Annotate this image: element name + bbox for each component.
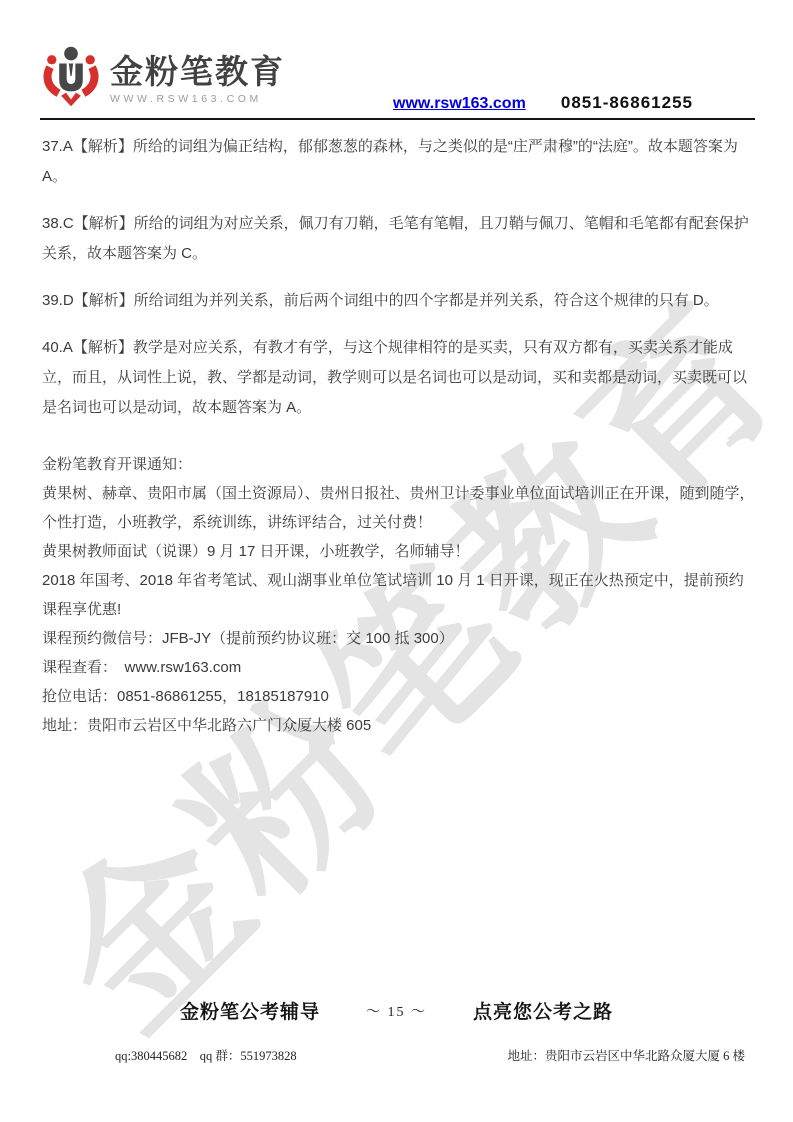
footer-address: 地址：贵阳市云岩区中华北路众厦大厦 6 楼 [507, 1046, 745, 1064]
footer-slogan: 点亮您公考之路 [473, 997, 613, 1024]
footer-title-row: 金粉笔公考辅导 ～ 15 ～ 点亮您公考之路 [0, 997, 793, 1024]
footer-contact-row: qq:380445682 qq 群：551973828 地址：贵阳市云岩区中华北… [115, 1046, 745, 1064]
explanation-40: 40.A【解析】教学是对应关系，有教才有学，与这个规律相符的是买卖，只有双方都有… [42, 333, 755, 423]
explanation-38: 38.C【解析】所给的词组为对应关系，佩刀有刀鞘，毛笔有笔帽，且刀鞘与佩刀、笔帽… [42, 209, 755, 269]
notice-line-address: 地址：贵阳市云岩区中华北路六广门众厦大楼 605 [42, 711, 755, 740]
document-page: 金粉笔教育 金粉笔教育 WWW.RSW163.COM www.rsw16 [0, 0, 793, 1122]
explanation-39: 39.D【解析】所给词组为并列关系，前后两个词组中的四个字都是并列关系，符合这个… [42, 286, 755, 316]
notice-line-teacher-interview: 黄果树教师面试（说课）9 月 17 日开课，小班教学，名师辅导！ [42, 537, 755, 566]
explanation-37: 37.A【解析】所给的词组为偏正结构，郁郁葱葱的森林，与之类似的是“庄严肃穆”的… [42, 132, 755, 192]
notice-line-interview-training: 黄果树、赫章、贵阳市属（国土资源局）、贵州日报社、贵州卫计委事业单位面试培训正在… [42, 479, 755, 537]
document-body: 37.A【解析】所给的词组为偏正结构，郁郁葱葱的森林，与之类似的是“庄严肃穆”的… [42, 132, 755, 740]
course-notice: 金粉笔教育开课通知： 黄果树、赫章、贵阳市属（国土资源局）、贵州日报社、贵州卫计… [42, 450, 755, 740]
brand-logo-icon [40, 43, 102, 115]
notice-title: 金粉笔教育开课通知： [42, 450, 755, 479]
notice-line-course-url: 课程查看： www.rsw163.com [42, 653, 755, 682]
notice-line-phone: 抢位电话：0851-86861255，18185187910 [42, 682, 755, 711]
footer-qq-info: qq:380445682 qq 群：551973828 [115, 1046, 297, 1064]
header-phone-number: 0851-86861255 [561, 93, 693, 113]
brand-logo: 金粉笔教育 WWW.RSW163.COM [40, 43, 285, 115]
page-header: 金粉笔教育 WWW.RSW163.COM www.rsw163.com 0851… [40, 38, 755, 120]
footer-brand: 金粉笔公考辅导 [180, 997, 320, 1024]
page-number: ～ 15 ～ [366, 1001, 427, 1021]
notice-line-written-exam: 2018 年国考、2018 年省考笔试、观山湖事业单位笔试培训 10 月 1 日… [42, 566, 755, 624]
notice-line-wechat: 课程预约微信号：JFB-JY（提前预约协议班：交 100 抵 300） [42, 624, 755, 653]
brand-url-caption: WWW.RSW163.COM [110, 93, 285, 105]
brand-logo-text: 金粉笔教育 WWW.RSW163.COM [110, 54, 285, 105]
brand-name: 金粉笔教育 [110, 54, 285, 90]
website-link[interactable]: www.rsw163.com [393, 95, 526, 113]
